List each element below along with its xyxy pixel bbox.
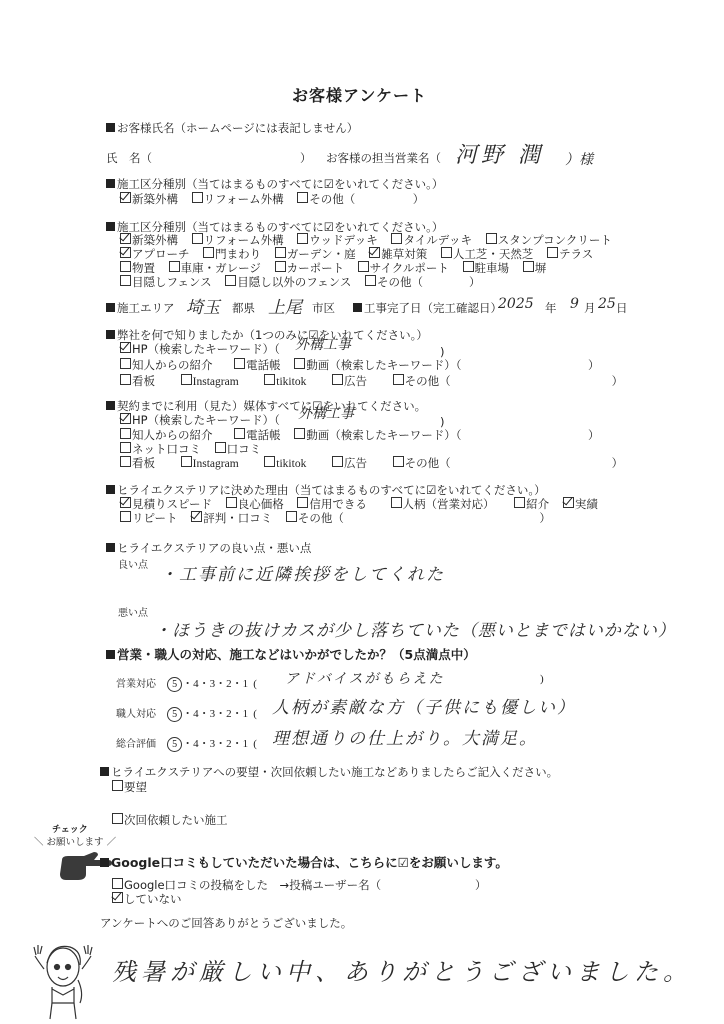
checkbox-tiktok[interactable]: tikitok bbox=[264, 456, 306, 470]
check-badge-bottom: ＼ お願いします ／ bbox=[34, 834, 116, 848]
mascot-illustration bbox=[30, 925, 95, 1020]
option-label: 駐車場 bbox=[475, 261, 510, 275]
option-label: 新築外構 bbox=[132, 192, 178, 206]
option-label: Instagram bbox=[193, 376, 239, 388]
rating-row-sales: 営業対応 5・4・3・2・1 ( bbox=[116, 672, 257, 692]
name-label: 氏 名（ bbox=[106, 151, 152, 165]
checkbox-icon bbox=[393, 374, 404, 385]
checkbox-icon bbox=[391, 497, 402, 508]
completion-date-label: 工事完了日（完工確認日） bbox=[353, 300, 502, 316]
rating-3[interactable]: 3 bbox=[210, 708, 216, 720]
section-bullet-icon bbox=[106, 650, 115, 659]
prefecture-field[interactable]: 埼玉 bbox=[186, 293, 220, 318]
checkbox-icon bbox=[234, 358, 245, 369]
checkbox-repeat[interactable]: リピート bbox=[120, 510, 178, 526]
checkbox-request[interactable]: 要望 bbox=[112, 779, 147, 795]
option-label: 良心価格 bbox=[238, 497, 284, 511]
option-label: スタンプコンクリート bbox=[498, 233, 612, 247]
city-suffix: 市区 bbox=[312, 300, 335, 316]
paren-close: ) bbox=[540, 673, 544, 685]
option-label: 広告 bbox=[344, 374, 367, 388]
checkbox-checked-icon bbox=[120, 247, 131, 258]
checkbox-icon bbox=[120, 261, 131, 272]
rating-row-overall: 総合評価 5・4・3・2・1 ( bbox=[116, 732, 257, 752]
option-label: 門まわり bbox=[215, 247, 261, 261]
category1-options: 新築外構 リフォーム外構 その他（ ） bbox=[120, 191, 434, 207]
option-label: 評判・口コミ bbox=[203, 511, 272, 525]
checkbox-icon bbox=[441, 247, 452, 258]
option-label: 信用できる bbox=[309, 497, 367, 511]
checkbox-checked-icon bbox=[563, 497, 574, 508]
checkbox-icon bbox=[234, 428, 245, 439]
option-label: 電話帳 bbox=[246, 358, 281, 372]
option-label: ウッドデッキ bbox=[309, 233, 378, 247]
section-ratings: 営業・職人の対応、施工などはいかがでしたか？（5点満点中） bbox=[106, 645, 476, 663]
checkbox-icon bbox=[120, 428, 131, 439]
checkbox-icon bbox=[297, 192, 308, 203]
section-bullet-icon bbox=[106, 330, 115, 339]
checkbox-icon bbox=[523, 261, 534, 272]
checkbox-icon bbox=[486, 233, 497, 244]
section-feedback: ヒライエクステリアの良い点・悪い点 bbox=[106, 540, 311, 556]
option-label: HP（検索したキーワード）（ bbox=[132, 413, 280, 427]
checkbox-reform[interactable]: リフォーム外構 bbox=[192, 191, 284, 207]
option-label: Instagram bbox=[193, 458, 239, 470]
rating-scale[interactable]: 5・4・3・2・1 bbox=[167, 708, 248, 720]
option-label: 目隠しフェンス bbox=[132, 275, 212, 289]
day-field[interactable]: 25 bbox=[598, 296, 616, 312]
checkbox-signboard[interactable]: 看板 bbox=[120, 373, 155, 389]
checkbox-icon bbox=[215, 442, 226, 453]
reason-row-2: リピート 評判・口コミ その他（ ） bbox=[120, 510, 561, 526]
checkbox-icon bbox=[226, 497, 237, 508]
option-label: リフォーム外構 bbox=[204, 192, 284, 206]
name-field[interactable] bbox=[160, 146, 295, 162]
checkbox-checked-icon bbox=[120, 342, 131, 353]
checkbox-video[interactable]: 動画（検索したキーワード）（ ） bbox=[294, 427, 599, 443]
section-requests: ヒライエクステリアへの要望・次回依頼したい施工などありましたらご記入ください。 bbox=[100, 764, 558, 780]
checkbox-icon bbox=[297, 233, 308, 244]
checkbox-icon bbox=[112, 878, 123, 889]
option-label: Google口コミの投稿をした →投稿ユーザー名（ bbox=[124, 878, 381, 892]
checkbox-icon bbox=[286, 511, 297, 522]
checkbox-icon bbox=[120, 442, 131, 453]
checkbox-icon bbox=[203, 247, 214, 258]
option-label: 次回依頼したい施工 bbox=[124, 813, 228, 827]
checkbox-icon bbox=[112, 780, 123, 791]
option-label: 実績 bbox=[575, 497, 598, 511]
checkbox-icon bbox=[181, 456, 192, 467]
rating-4[interactable]: 4 bbox=[193, 708, 199, 720]
option-label: 電話帳 bbox=[246, 428, 281, 442]
month-field[interactable]: 9 bbox=[570, 296, 579, 312]
section-heading: 施工区分種別（当てはまるものすべてに☑をいれてください。） bbox=[117, 177, 443, 191]
rating-label: 営業対応 bbox=[116, 679, 156, 690]
rating-3[interactable]: 3 bbox=[210, 678, 216, 690]
option-label: 雑草対策 bbox=[381, 247, 427, 261]
rating-2[interactable]: 2 bbox=[226, 678, 232, 690]
option-label: 動画（検索したキーワード）（ ） bbox=[306, 358, 599, 372]
rating-4[interactable]: 4 bbox=[193, 678, 199, 690]
section-customer-name: お客様氏名（ホームページには表記しません） bbox=[106, 120, 358, 136]
section-heading: 営業・職人の対応、施工などはいかがでしたか？（5点満点中） bbox=[117, 647, 476, 662]
checkbox-icon bbox=[120, 358, 131, 369]
rating-2[interactable]: 2 bbox=[226, 708, 232, 720]
checkbox-icon bbox=[264, 456, 275, 467]
handwritten-closing-message[interactable]: 残暑が厳しい中、ありがとうございました。 bbox=[112, 952, 692, 987]
option-label: HP（検索したキーワード）（ bbox=[132, 342, 280, 356]
section-heading: ヒライエクステリアへの要望・次回依頼したい施工などありましたらご記入ください。 bbox=[111, 765, 558, 779]
rating-1[interactable]: 1 bbox=[243, 738, 249, 750]
option-label: リフォーム外構 bbox=[204, 233, 284, 247]
option-label: 看板 bbox=[132, 456, 155, 470]
option-label: していない bbox=[124, 892, 182, 906]
checkbox-checked-icon bbox=[120, 413, 131, 424]
option-label: ネット口コミ bbox=[132, 442, 201, 456]
rating-1[interactable]: 1 bbox=[243, 678, 249, 690]
option-label: 口コミ bbox=[227, 442, 262, 456]
section-bullet-icon bbox=[106, 222, 115, 231]
checkbox-icon bbox=[332, 374, 343, 385]
checkbox-checked-icon bbox=[191, 511, 202, 522]
checkbox-icon bbox=[275, 261, 286, 272]
checkbox-other-fence[interactable]: 目隠し以外のフェンス bbox=[225, 274, 351, 290]
section-heading: 弊社を何で知りましたか（1つのみに☑をいれてください。） bbox=[117, 328, 428, 342]
checkbox-wall[interactable]: 塀 bbox=[523, 260, 547, 276]
rating-label: 職人対応 bbox=[116, 709, 156, 720]
section-heading: Google口コミもしていただいた場合は、こちらに☑をお願いします。 bbox=[111, 855, 508, 870]
checkbox-icon bbox=[192, 192, 203, 203]
name-row: 氏 名（ bbox=[106, 150, 152, 166]
craftsman-comment-field[interactable]: 人柄が素敵な方（子供にも優しい） bbox=[272, 693, 576, 718]
section-heading: 施工エリア bbox=[117, 301, 175, 315]
checkbox-reputation[interactable]: 評判・口コミ bbox=[191, 510, 272, 526]
prefecture-suffix: 都県 bbox=[232, 300, 255, 316]
checkbox-new-construction[interactable]: 新築外構 bbox=[120, 191, 178, 207]
badge-text: お願いします bbox=[47, 837, 104, 848]
rating-2[interactable]: 2 bbox=[226, 738, 232, 750]
option-label: 紹介 bbox=[526, 497, 549, 511]
checkbox-icon bbox=[358, 261, 369, 272]
checkbox-other[interactable]: その他（ ） bbox=[297, 191, 424, 207]
checkbox-icon bbox=[294, 358, 305, 369]
checkbox-tiktok[interactable]: tikitok bbox=[264, 374, 306, 388]
checkbox-icon bbox=[332, 456, 343, 467]
source-row-2: 知人からの紹介 電話帳 動画（検索したキーワード）（ ） bbox=[120, 357, 610, 373]
bad-points-label: 悪い点 bbox=[118, 604, 148, 619]
checkbox-icon bbox=[294, 428, 305, 439]
good-points-label: 良い点 bbox=[118, 556, 148, 571]
option-label: タイルデッキ bbox=[403, 233, 472, 247]
bad-points-field[interactable]: ・ほうきの抜けカスが少し落ちていた（悪いとまではいかない） bbox=[154, 616, 676, 641]
checkbox-icon bbox=[120, 511, 131, 522]
option-label: アプローチ bbox=[132, 247, 190, 261]
option-label: 車庫・ガレージ bbox=[181, 261, 261, 275]
checkbox-checked-icon bbox=[120, 497, 131, 508]
option-label: 物置 bbox=[132, 261, 155, 275]
checkbox-instagram[interactable]: Instagram bbox=[181, 374, 239, 388]
rating-scale[interactable]: 5・4・3・2・1 bbox=[167, 738, 248, 750]
month-unit: 月 bbox=[584, 300, 596, 316]
option-label: ガーデン・庭 bbox=[287, 247, 356, 261]
source-hp-option[interactable]: HP（検索したキーワード）（ bbox=[120, 341, 280, 357]
option-label: その他（ ） bbox=[405, 374, 624, 388]
section-heading: お客様氏名（ホームページには表記しません） bbox=[117, 121, 358, 135]
checkbox-icon bbox=[181, 374, 192, 385]
checkbox-video[interactable]: 動画（検索したキーワード）（ ） bbox=[294, 357, 599, 373]
rating-5-selected[interactable]: 5 bbox=[167, 707, 182, 722]
source-keyword-field[interactable]: 外構工事 bbox=[295, 334, 351, 354]
survey-title: お客様アンケート bbox=[292, 83, 427, 106]
section-bullet-icon bbox=[100, 767, 109, 776]
checkbox-icon bbox=[120, 374, 131, 385]
option-label: サイクルポート bbox=[370, 261, 449, 275]
checkbox-ad[interactable]: 広告 bbox=[332, 455, 367, 471]
rating-row-craftsman: 職人対応 5・4・3・2・1 ( bbox=[116, 702, 257, 722]
checkbox-icon bbox=[169, 261, 180, 272]
section-heading: ヒライエクステリアに決めた理由（当てはまるものすべてに☑をいれてください。） bbox=[117, 483, 546, 497]
media-row-4: 看板 Instagram tikitok 広告 その他（ ） bbox=[120, 455, 633, 471]
option-label: 新築外構 bbox=[132, 233, 178, 247]
section-google-review: Google口コミもしていただいた場合は、こちらに☑をお願いします。 bbox=[100, 853, 508, 871]
section-bullet-icon bbox=[106, 543, 115, 552]
category2-row-4: 目隠しフェンス 目隠し以外のフェンス その他（ ） bbox=[120, 274, 491, 290]
option-label: 人柄（営業対応） bbox=[403, 497, 495, 511]
source-row-3: 看板 Instagram tikitok 広告 その他（ ） bbox=[120, 373, 633, 389]
checkbox-icon bbox=[463, 261, 474, 272]
sales-rep-suffix: ）様 bbox=[565, 149, 593, 169]
section-bullet-icon bbox=[353, 303, 362, 312]
option-label: 広告 bbox=[344, 456, 367, 470]
section-heading: 契約までに利用（見た）媒体すべてに☑をいれてください。 bbox=[117, 399, 426, 413]
option-label: その他（ ） bbox=[377, 275, 481, 289]
overall-comment-field[interactable]: 理想通りの仕上がり。大満足。 bbox=[272, 724, 538, 749]
section-bullet-icon bbox=[106, 303, 115, 312]
section-bullet-icon bbox=[106, 485, 115, 494]
rating-1[interactable]: 1 bbox=[243, 708, 249, 720]
rating-label: 総合評価 bbox=[116, 739, 156, 750]
rating-scale[interactable]: 5・4・3・2・1 bbox=[167, 678, 248, 690]
option-label: 知人からの紹介 bbox=[132, 358, 213, 372]
section-bullet-icon bbox=[100, 858, 109, 867]
checkbox-checked-icon bbox=[112, 892, 123, 903]
checkbox-other[interactable]: その他（ ） bbox=[393, 373, 624, 389]
checkbox-icon bbox=[275, 247, 286, 258]
checkbox-other[interactable]: その他（ ） bbox=[393, 455, 624, 471]
media-hp-option[interactable]: HP（検索したキーワード）（ bbox=[120, 412, 280, 428]
checkbox-icon bbox=[120, 275, 131, 286]
checkbox-icon bbox=[393, 456, 404, 467]
checkbox-icon bbox=[225, 275, 236, 286]
checkbox-other[interactable]: その他（ ） bbox=[286, 510, 551, 526]
option-label: その他（ ） bbox=[309, 192, 424, 206]
option-label: リピート bbox=[132, 511, 178, 525]
checkbox-other[interactable]: その他（ ） bbox=[365, 274, 481, 290]
checkbox-icon bbox=[112, 813, 123, 824]
section-bullet-icon bbox=[106, 179, 115, 188]
year-unit: 年 bbox=[545, 300, 557, 316]
checkbox-icon bbox=[547, 247, 558, 258]
checkbox-checked-icon bbox=[120, 233, 131, 244]
checkbox-phonebook[interactable]: 電話帳 bbox=[234, 357, 281, 373]
city-field[interactable]: 上尾 bbox=[268, 293, 302, 318]
section-category1: 施工区分種別（当てはまるものすべてに☑をいれてください。） bbox=[106, 176, 443, 192]
good-points-field[interactable]: ・工事前に近隣挨拶をしてくれた bbox=[160, 560, 445, 585]
paren-close: ） bbox=[475, 877, 487, 893]
checkbox-icon bbox=[365, 275, 376, 286]
option-label: 動画（検索したキーワード）（ ） bbox=[306, 428, 599, 442]
checkbox-icon bbox=[120, 456, 131, 467]
option-label: 目隠し以外のフェンス bbox=[237, 275, 351, 289]
section-bullet-icon bbox=[106, 401, 115, 410]
option-label: テラス bbox=[559, 247, 593, 261]
area-label: 施工エリア bbox=[106, 300, 175, 316]
section-heading: ヒライエクステリアの良い点・悪い点 bbox=[117, 541, 311, 555]
checkbox-ad[interactable]: 広告 bbox=[332, 373, 367, 389]
checkbox-icon bbox=[264, 374, 275, 385]
option-label: 見積りスピード bbox=[132, 497, 212, 511]
option-label: tikitok bbox=[276, 376, 306, 388]
section-heading: 工事完了日（完工確認日） bbox=[364, 301, 502, 315]
option-label: 要望 bbox=[124, 780, 147, 794]
checkbox-icon bbox=[514, 497, 525, 508]
checkbox-instagram[interactable]: Instagram bbox=[181, 456, 239, 470]
checkbox-icon bbox=[192, 233, 203, 244]
checkbox-icon bbox=[391, 233, 402, 244]
year-field[interactable]: 2025 bbox=[498, 296, 534, 312]
rating-5-selected[interactable]: 5 bbox=[167, 737, 182, 752]
checkbox-google-not-posted[interactable]: していない bbox=[112, 891, 182, 907]
option-label: その他（ ） bbox=[405, 456, 624, 470]
day-unit: 日 bbox=[616, 300, 628, 316]
option-label: tikitok bbox=[276, 458, 306, 470]
option-label: カーポート bbox=[287, 261, 345, 275]
rating-5-selected[interactable]: 5 bbox=[167, 677, 182, 692]
checkbox-track-record[interactable]: 実績 bbox=[563, 496, 598, 512]
checkbox-signboard[interactable]: 看板 bbox=[120, 455, 155, 471]
option-label: 知人からの紹介 bbox=[132, 428, 213, 442]
checkbox-privacy-fence[interactable]: 目隠しフェンス bbox=[120, 274, 212, 290]
checkbox-checked-icon bbox=[120, 192, 131, 203]
section-bullet-icon bbox=[106, 123, 115, 132]
rating-3[interactable]: 3 bbox=[210, 738, 216, 750]
media-keyword-field[interactable]: 外構工事 bbox=[298, 403, 354, 423]
sales-comment-field[interactable]: アドバイスがもらえた bbox=[285, 668, 445, 688]
option-label: 人工芝・天然芝 bbox=[453, 247, 534, 261]
checkbox-icon bbox=[297, 497, 308, 508]
checkbox-referral[interactable]: 知人からの紹介 bbox=[120, 357, 213, 373]
checkbox-next-work[interactable]: 次回依頼したい施工 bbox=[112, 812, 228, 828]
option-label: 看板 bbox=[132, 374, 155, 388]
sales-rep-label: お客様の担当営業名（ bbox=[326, 150, 441, 166]
name-close: ） bbox=[300, 150, 312, 166]
sales-rep-field[interactable]: 河野 潤 bbox=[455, 138, 544, 169]
option-label: その他（ ） bbox=[298, 511, 551, 525]
rating-4[interactable]: 4 bbox=[193, 738, 199, 750]
thanks-message: アンケートへのご回答ありがとうございました。 bbox=[100, 915, 352, 931]
option-label: 塀 bbox=[535, 261, 547, 275]
checkbox-checked-icon bbox=[369, 247, 380, 258]
